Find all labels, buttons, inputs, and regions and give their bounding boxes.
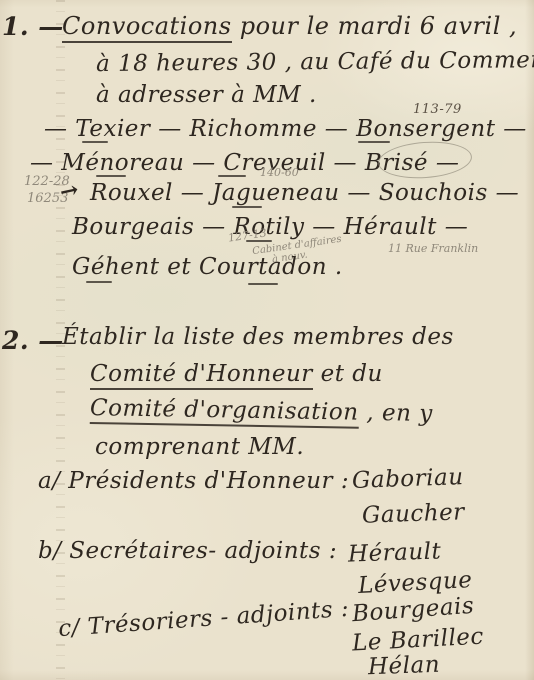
item1-number: 1. — [2,12,64,41]
item2-label-c: c/ Trésoriers - adjoints : [57,596,349,642]
item2-label-a: a/ Présidents d'Honneur : [38,468,349,494]
underline-mark [358,141,390,143]
item2-line3-rest: , en y [358,400,433,427]
item1-line-time: à 18 heures 30 , au Café du Commerce [96,47,534,77]
item2-line2-underlined: Comité d'Honneur [90,361,313,390]
item1-title-rest: pour le mardi 6 avril , [232,12,518,40]
item2-name-helan: Hélan [368,652,441,680]
underline-mark [246,240,272,242]
item2-line2-rest: et du [313,361,383,387]
item2-line4: comprenant MM. [95,434,304,460]
item2-label-b: b/ Secrétaires- adjoints : [38,538,337,564]
annotation-rue-franklin: 11 Rue Franklin [388,242,478,255]
underline-mark [96,175,126,177]
item1-names-row3: Rouxel — Jagueneau — Souchois — [90,180,519,206]
item2-line1: Établir la liste des membres des [62,324,454,350]
item1-names-row1: — Texier — Richomme — Bonsergent — [44,116,527,142]
item2-name-gaucher: Gaucher [362,499,466,529]
underline-mark [248,283,278,285]
underline-mark [82,141,108,143]
annotation-113-79: 113-79 [413,102,462,117]
item1-names-row5: Géhent et Courtadon . [72,254,343,280]
item1-names-row4: Bourgeais — Rotily — Hérault — [72,214,468,240]
item1-title-underlined: Convocations [62,12,232,43]
underline-mark [86,281,112,283]
item2-number: 2. — [2,326,64,355]
item2-line3-underlined: Comité d'organisation [90,395,359,429]
manuscript-page: 1. — Convocations pour le mardi 6 avril … [0,0,534,680]
item1-line-address: à adresser à MM . [96,82,317,108]
margin-arrow-icon: → [58,176,82,205]
underline-mark [232,206,262,208]
item2-name-gaboriau: Gaboriau [352,464,464,494]
annotation-140-60: 140-60 [260,166,299,179]
item2-name-herault: Hérault [348,538,442,567]
underline-mark [218,175,246,177]
